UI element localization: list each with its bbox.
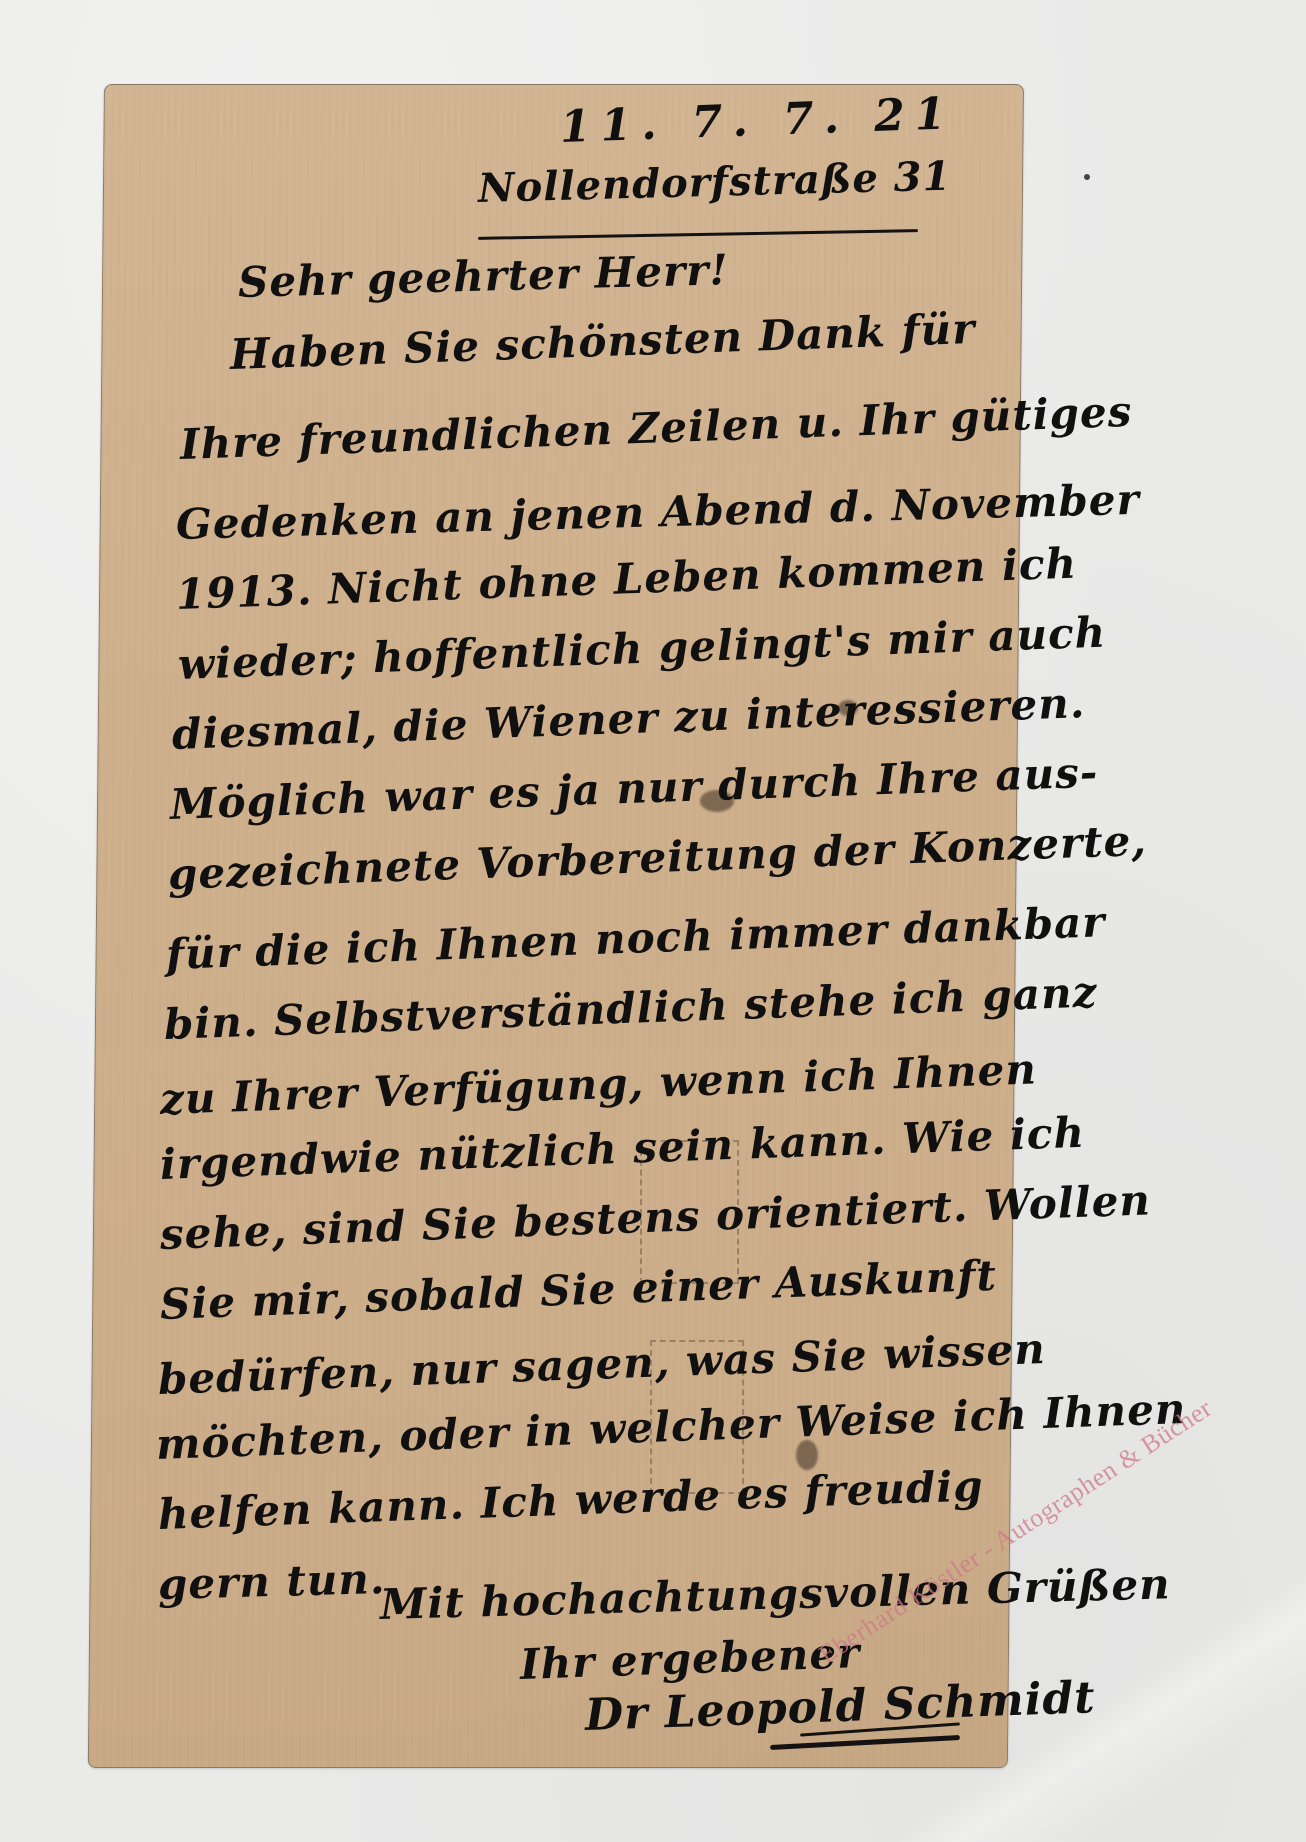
- ink-dot: [1084, 174, 1090, 180]
- letter-line: gern tun.: [157, 1554, 386, 1609]
